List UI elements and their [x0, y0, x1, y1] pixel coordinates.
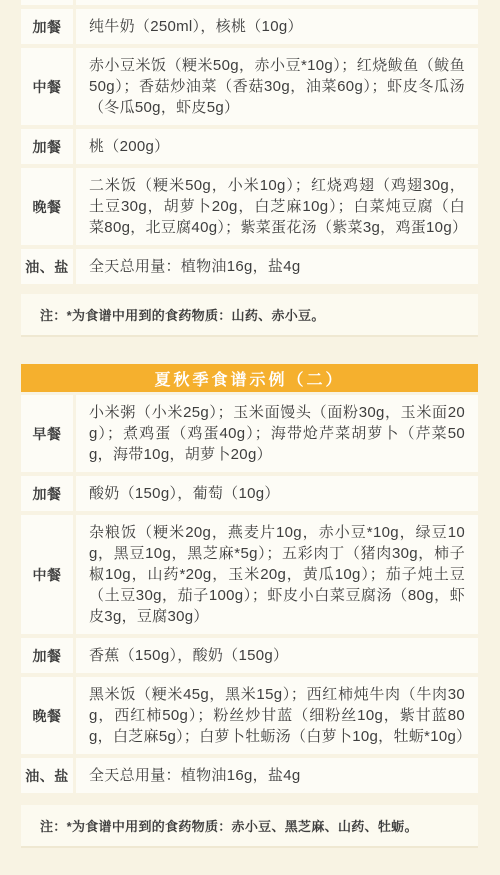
table-row: 晚餐 黑米饭（粳米45g，黑米15g）；西红柿炖牛肉（牛肉30g，西红柿50g）…: [21, 677, 478, 754]
meal-content: 杂粮饭（粳米20g，燕麦片10g，赤小豆*10g，绿豆10g，黑豆10g，黑芝麻…: [76, 515, 478, 634]
meal-content: 黑米饭（粳米45g，黑米15g）；西红柿炖牛肉（牛肉30g，西红柿50g）；粉丝…: [76, 677, 478, 754]
meal-content: [76, 0, 478, 5]
meal-label: 晚餐: [21, 168, 73, 245]
meal-content: 二米饭（粳米50g，小米10g）；红烧鸡翅（鸡翅30g，土豆30g，胡萝卜20g…: [76, 168, 478, 245]
meal-label: 加餐: [21, 9, 73, 44]
table-row: 晚餐 二米饭（粳米50g，小米10g）；红烧鸡翅（鸡翅30g，土豆30g，胡萝卜…: [21, 168, 478, 245]
section-title-summer-autumn: 夏秋季食谱示例（二）: [21, 364, 478, 392]
table-row: 油、盐 全天总用量：植物油16g，盐4g: [21, 758, 478, 793]
table-row: 加餐 桃（200g）: [21, 129, 478, 164]
table-row: 油、盐 全天总用量：植物油16g，盐4g: [21, 249, 478, 284]
meal-content: 纯牛奶（250ml），核桃（10g）: [76, 9, 478, 44]
meal-label: 油、盐: [21, 249, 73, 284]
meal-label: 加餐: [21, 476, 73, 511]
meal-label: [21, 0, 73, 5]
table-row: 中餐 赤小豆米饭（粳米50g，赤小豆*10g）；红烧鲅鱼（鲅鱼50g）；香菇炒油…: [21, 48, 478, 125]
meal-label: 晚餐: [21, 677, 73, 754]
footnote-medicinal-foods-1: 注：*为食谱中用到的食药物质：山药、赤小豆。: [21, 294, 478, 337]
meal-content: 小米粥（小米25g）；玉米面馒头（面粉30g，玉米面20g）；煮鸡蛋（鸡蛋40g…: [76, 395, 478, 472]
meal-label: 中餐: [21, 515, 73, 634]
meal-label: 油、盐: [21, 758, 73, 793]
meal-content: 桃（200g）: [76, 129, 478, 164]
meal-content: 酸奶（150g），葡萄（10g）: [76, 476, 478, 511]
meal-content: 全天总用量：植物油16g，盐4g: [76, 758, 478, 793]
meal-label: 早餐: [21, 395, 73, 472]
meal-label: 中餐: [21, 48, 73, 125]
meal-content: 赤小豆米饭（粳米50g，赤小豆*10g）；红烧鲅鱼（鲅鱼50g）；香菇炒油菜（香…: [76, 48, 478, 125]
table-row-clipped: [21, 0, 478, 5]
meal-label: 加餐: [21, 129, 73, 164]
meal-label: 加餐: [21, 638, 73, 673]
diet-plan-page: 加餐 纯牛奶（250ml），核桃（10g） 中餐 赤小豆米饭（粳米50g，赤小豆…: [0, 0, 500, 875]
meal-table-summer-autumn: 早餐 小米粥（小米25g）；玉米面馒头（面粉30g，玉米面20g）；煮鸡蛋（鸡蛋…: [21, 395, 478, 793]
table-row: 中餐 杂粮饭（粳米20g，燕麦片10g，赤小豆*10g，绿豆10g，黑豆10g，…: [21, 515, 478, 634]
table-row: 加餐 酸奶（150g），葡萄（10g）: [21, 476, 478, 511]
meal-content: 香蕉（150g），酸奶（150g）: [76, 638, 478, 673]
meal-content: 全天总用量：植物油16g，盐4g: [76, 249, 478, 284]
table-row: 加餐 纯牛奶（250ml），核桃（10g）: [21, 9, 478, 44]
table-row: 早餐 小米粥（小米25g）；玉米面馒头（面粉30g，玉米面20g）；煮鸡蛋（鸡蛋…: [21, 395, 478, 472]
meal-table-spring: 加餐 纯牛奶（250ml），核桃（10g） 中餐 赤小豆米饭（粳米50g，赤小豆…: [21, 0, 478, 284]
table-row: 加餐 香蕉（150g），酸奶（150g）: [21, 638, 478, 673]
footnote-medicinal-foods-2: 注：*为食谱中用到的食药物质：赤小豆、黑芝麻、山药、牡蛎。: [21, 805, 478, 848]
